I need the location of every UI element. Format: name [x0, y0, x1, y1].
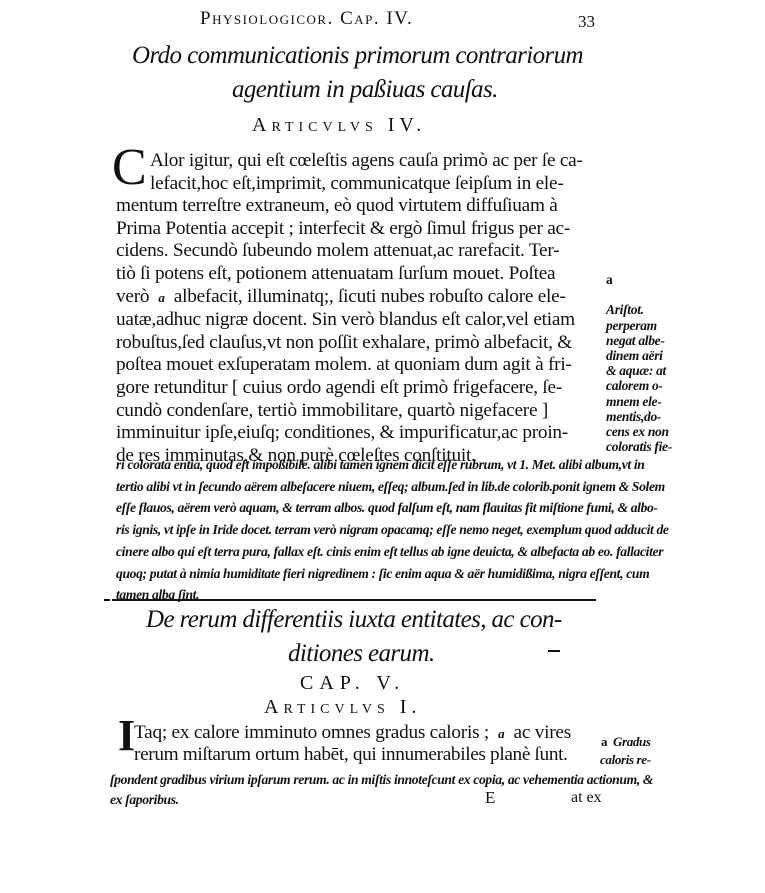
margin-note-line: cens ex non [606, 424, 672, 439]
body-line: verò a albefacit, illuminatq;, ſicuti nu… [116, 286, 600, 310]
body-line: tiò ſi potens eſt, potionem attenuatam ſ… [116, 263, 600, 286]
margin-note-line: mentis,do- [606, 409, 672, 424]
page-number: 33 [578, 12, 595, 32]
catchword: at ex [571, 789, 602, 807]
margin-note-line: mnem ele- [606, 394, 672, 409]
footnote-block: ri colorata entia, quod eſt impoßibile. … [116, 454, 686, 606]
footnote-line: ri colorata entia, quod eſt impoßibile. … [116, 454, 686, 476]
note-marker: a [498, 726, 504, 741]
chapter-title-line-2: ditiones earum. [288, 640, 435, 668]
margin-note-marker: a [601, 734, 607, 749]
footnote-line: eſſe flauos, aërem verò aquam, & terram … [116, 497, 686, 519]
body-fragment: albefacit, illuminatq;, ſicuti nubes rob… [174, 286, 566, 307]
section-title-line-1: Ordo communicationis primorum contrarior… [132, 42, 583, 70]
chapter-heading: CAP. V. [300, 672, 405, 695]
body-line: cundò condenſare, tertiò immobilitare, q… [116, 400, 600, 423]
body-line: uatæ,adhuc nigræ docent. Sin verò blandu… [116, 309, 600, 332]
running-head: Physiologicor. Cap. IV. [200, 8, 413, 30]
margin-note-text: Gradus [613, 734, 651, 749]
body-line: Prima Potentia accepit ; interfecit & er… [116, 218, 600, 241]
article-heading: Articvlvs IV. [252, 114, 426, 137]
body-line: rerum miſtarum ortum habēt, qui innumera… [134, 744, 568, 766]
footnote-line: quoq; putat à nimia humiditate fieri nig… [116, 563, 686, 585]
drop-cap-2: I [118, 714, 135, 758]
footnote-line: ris ignis, vt ipſe in Iride docet. terra… [116, 519, 686, 541]
margin-note-line: & aquæ: at [606, 363, 672, 378]
chapter-title-line-1: De rerum differentiis iuxta entitates, a… [146, 606, 562, 634]
body-line: Alor igitur, qui eſt cœleſtis agens cauſ… [116, 150, 600, 173]
margin-note-line: coloratis fie- [606, 439, 672, 454]
body-line: gore retunditur [ cuius ordo agendi eſt … [116, 377, 600, 400]
body-line: imminuitur ipſe,eiuſq; conditiones, & im… [116, 422, 600, 445]
margin-note-line: calorem o- [606, 378, 672, 393]
article-heading-2: Articvlvs I. [264, 696, 421, 719]
body-line: mentum terreſtre extraneum, eò quod virt… [116, 195, 600, 218]
body-fragment: verò [116, 286, 149, 307]
body-line: poſtea mouet exſuperatam molem. at quoni… [116, 354, 600, 377]
footnote-line: tamen alba ſint. [116, 584, 686, 606]
body-fragment: ac vires [514, 722, 571, 743]
footnote-line: tertio alibi vt in ſecundo aërem albeſac… [116, 476, 686, 498]
dash-mark [548, 650, 560, 652]
body-text: Alor igitur, qui eſt cœleſtis agens cauſ… [116, 150, 600, 467]
margin-note-2: a Gradus [601, 734, 651, 749]
body-fragment: Taq; ex calore imminuto omnes gradus cal… [134, 722, 489, 743]
margin-note-line: perperam [606, 318, 672, 333]
footnote-line: ſpondent gradibus virium ipſarum rerum. … [110, 769, 653, 790]
rule-tick [104, 599, 110, 601]
body-line: cidens. Secundò ſubeundo molem attenuat,… [116, 240, 600, 263]
margin-note-line: dinem aëri [606, 348, 672, 363]
margin-note: a Ariſtot. perperam negat albe- dinem aë… [606, 272, 672, 454]
section-title-line-2: agentium in paßiuas cauſas. [232, 76, 498, 104]
signature-mark: E [485, 788, 495, 808]
body-line: Taq; ex calore imminuto omnes gradus cal… [134, 722, 571, 744]
margin-note-line: a Ariſtot. [606, 272, 672, 318]
margin-note-line: negat albe- [606, 333, 672, 348]
margin-note-2-line: caloris re- [600, 752, 651, 767]
body-line: robuſtus,ſed clauſus,vt non poſſit exhal… [116, 332, 600, 355]
margin-note-text: Ariſtot. [606, 302, 672, 317]
footnote-line: ex ſaporibus. [110, 789, 179, 810]
footnote-line: cinere albo qui eſt terra pura, fallax e… [116, 541, 686, 563]
body-line: lefacit,hoc eſt,imprimit, communicatque … [116, 173, 600, 196]
section-divider [112, 599, 596, 601]
note-marker: a [158, 290, 164, 305]
margin-note-marker: a [606, 272, 672, 287]
